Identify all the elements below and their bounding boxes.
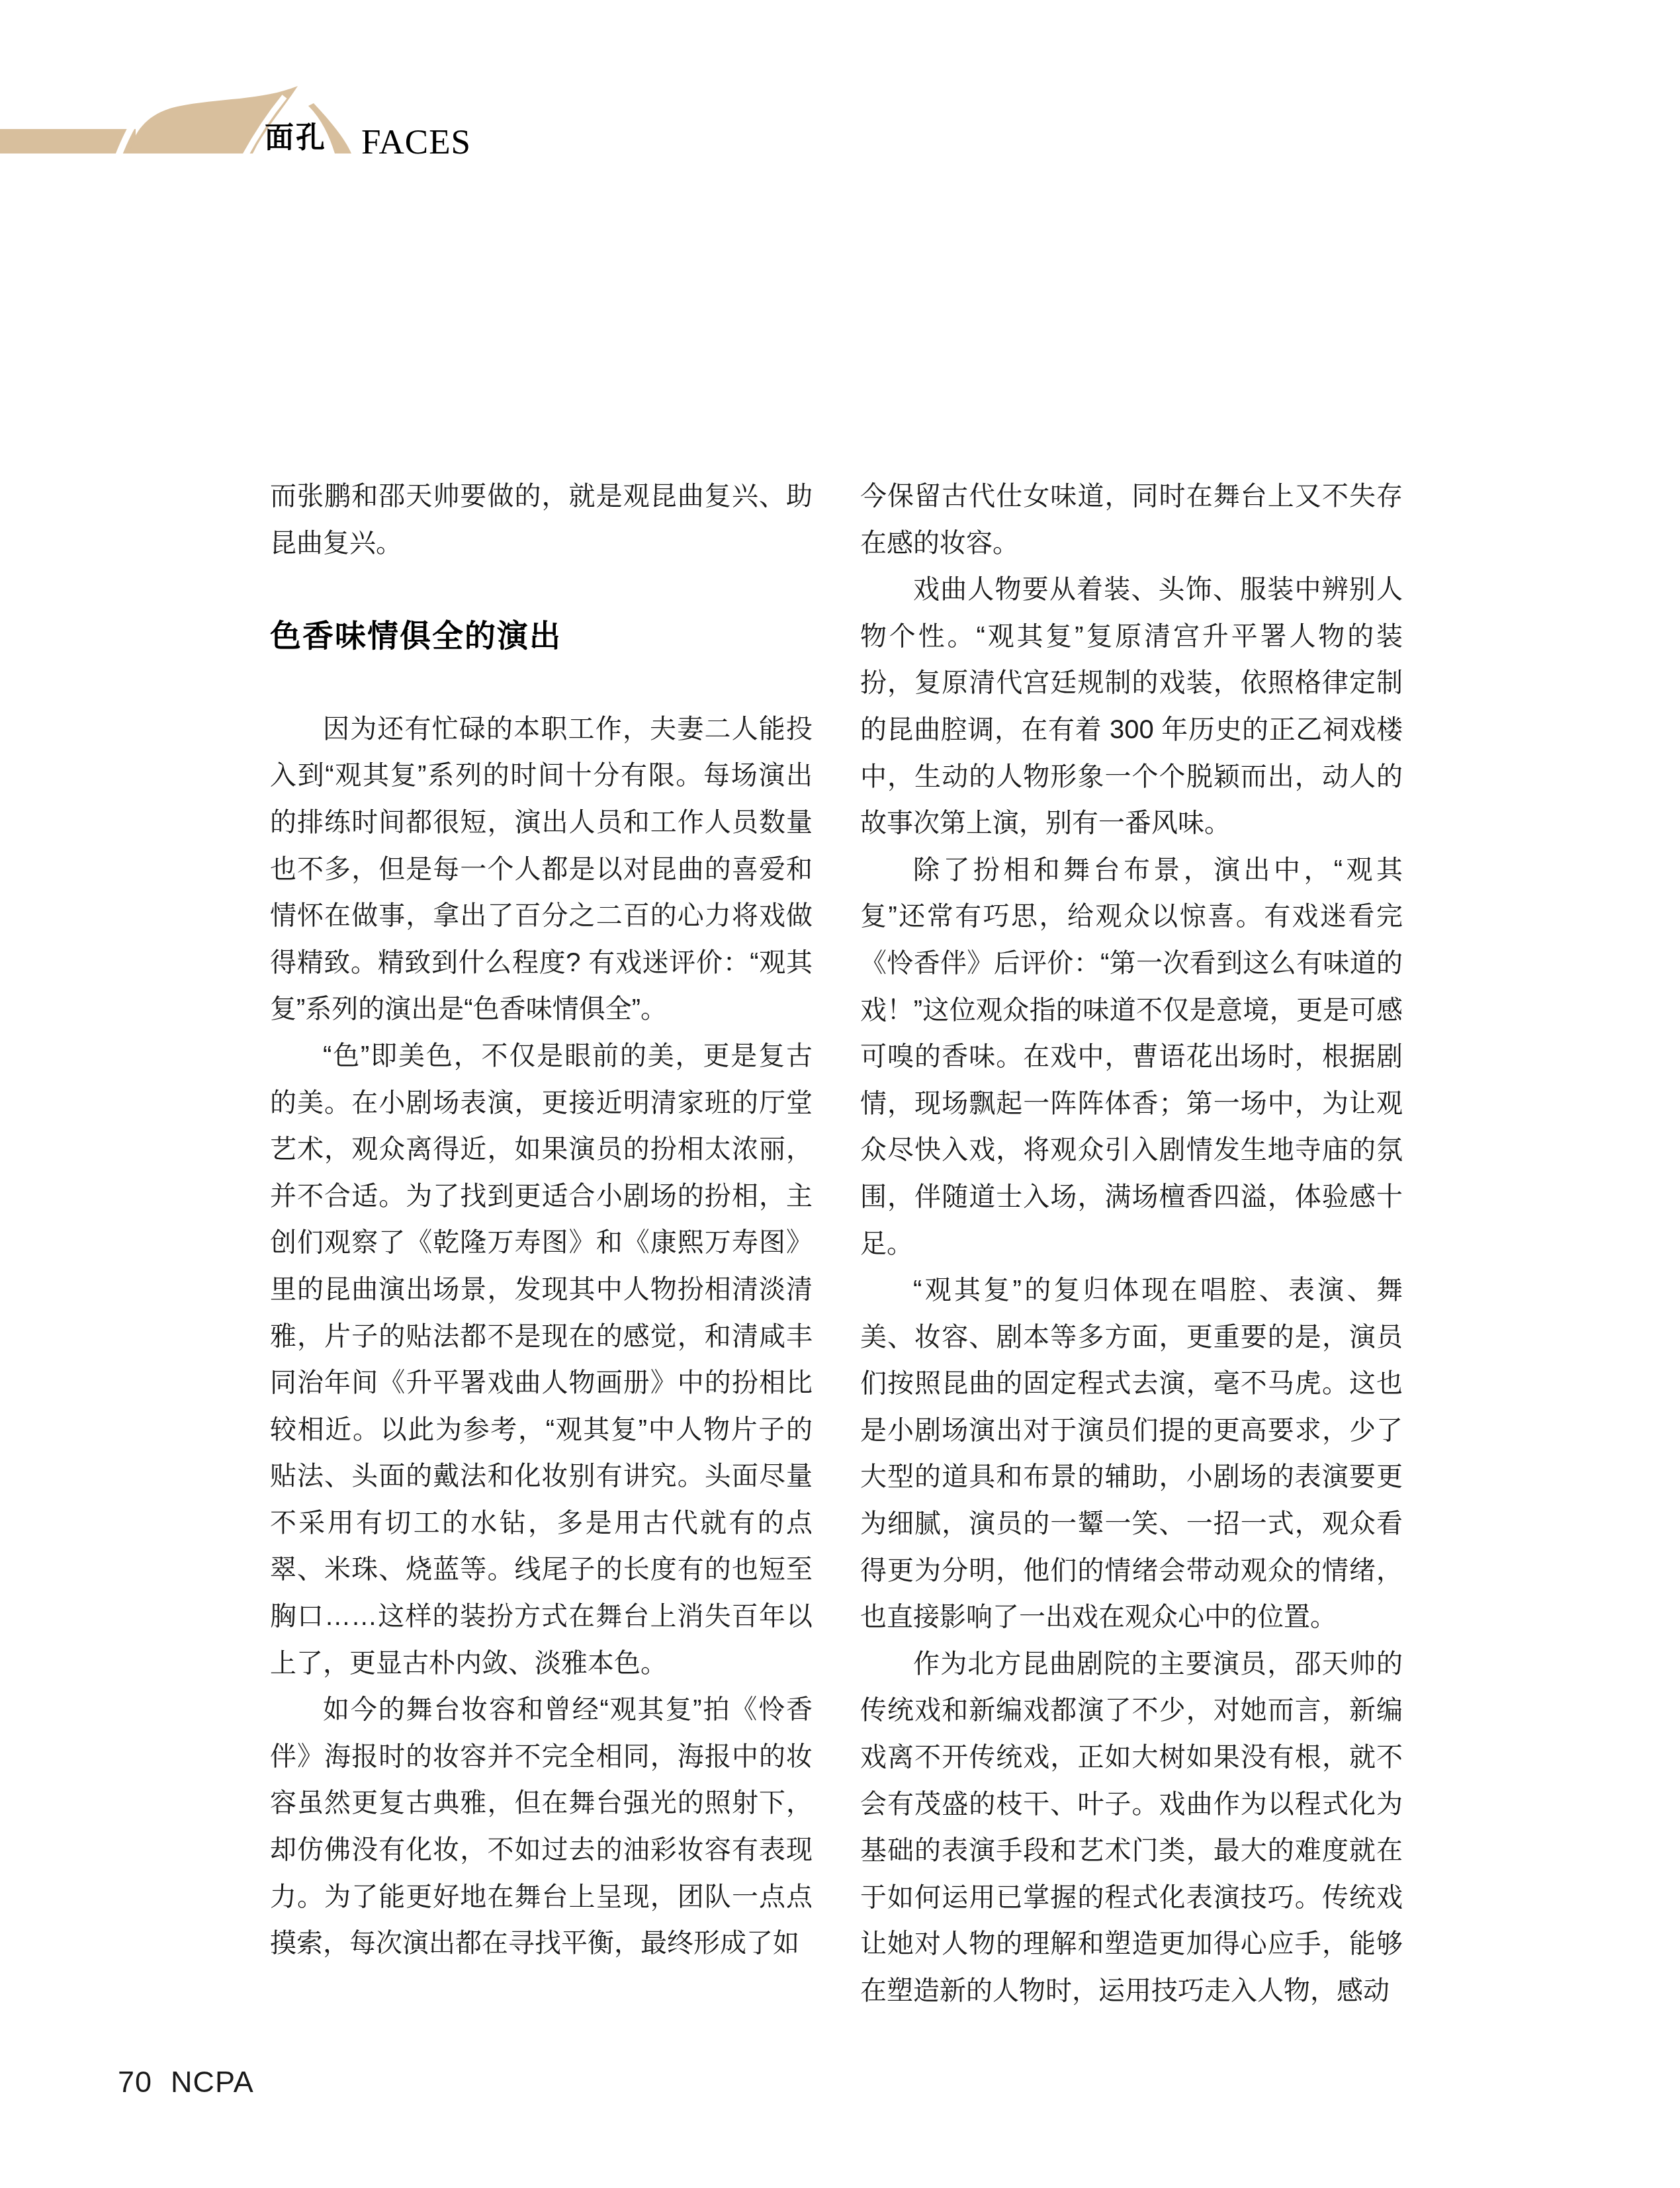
paragraph: “观其复”的复归体现在唱腔、表演、舞美、妆容、剧本等多方面，更重要的是，演员们按… [860, 1267, 1403, 1641]
page-footer: 70NCPA [118, 2067, 254, 2097]
swoosh-bar [0, 129, 136, 153]
section-label-en: FACES [361, 125, 471, 160]
paragraph: “色”即美色，不仅是眼前的美，更是复古的美。在小剧场表演，更接近明清家班的厅堂艺… [270, 1033, 813, 1686]
section-heading: 色香味情俱全的演出 [270, 613, 813, 660]
paragraph: 戏曲人物要从着装、头饰、服装中辨别人物个性。“观其复”复原清宫升平署人物的装扮，… [860, 566, 1403, 847]
magazine-page: 面孔 FACES 而张鹏和邵天帅要做的，就是观昆曲复兴、助昆曲复兴。 色香味情俱… [0, 0, 1680, 2188]
section-label-zh: 面孔 [265, 124, 327, 153]
paragraph: 而张鹏和邵天帅要做的，就是观昆曲复兴、助昆曲复兴。 [270, 473, 813, 566]
paragraph: 今保留古代仕女味道，同时在舞台上又不失存在感的妆容。 [860, 473, 1403, 566]
article-column-left: 而张鹏和邵天帅要做的，就是观昆曲复兴、助昆曲复兴。 色香味情俱全的演出 因为还有… [270, 473, 813, 1967]
paragraph: 因为还有忙碌的本职工作，夫妻二人能投入到“观其复”系列的时间十分有限。每场演出的… [270, 706, 813, 1033]
magazine-brand: NCPA [171, 2065, 254, 2099]
paragraph: 作为北方昆曲剧院的主要演员，邵天帅的传统戏和新编戏都演了不少，对她而言，新编戏离… [860, 1641, 1403, 2015]
paragraph: 如今的舞台妆容和曾经“观其复”拍《怜香伴》海报时的妆容并不完全相同，海报中的妆容… [270, 1686, 813, 1967]
paragraph: 除了扮相和舞台布景，演出中，“观其复”还常有巧思，给观众以惊喜。有戏迷看完《怜香… [860, 847, 1403, 1267]
article-column-right: 今保留古代仕女味道，同时在舞台上又不失存在感的妆容。 戏曲人物要从着装、头饰、服… [860, 473, 1403, 2015]
page-number: 70 [118, 2065, 152, 2099]
